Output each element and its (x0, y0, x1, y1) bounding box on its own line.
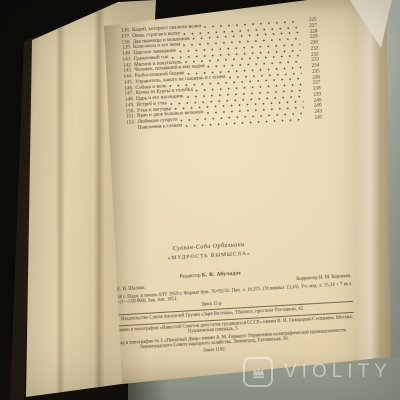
toc-page-number: 245 (307, 114, 322, 121)
toc-entry-title: Пояснения к словам (138, 122, 183, 131)
crown-icon (243, 357, 273, 387)
editor-label: Редактор (179, 273, 200, 280)
table-of-contents: 136.Кадий, которого хвалили волки225 137… (117, 16, 323, 131)
watermark-label: VIOLITY (284, 361, 392, 383)
editor-name: Б. В. Абуладзе (202, 270, 241, 278)
toc-entry-number: 152. (122, 119, 135, 126)
violity-watermark: VIOLITY (243, 357, 392, 387)
book-photo: 136.Кадий, которого хвалили волки225 137… (0, 0, 400, 400)
toc-entry-number (123, 129, 136, 130)
page-curl-highlight (356, 0, 382, 370)
